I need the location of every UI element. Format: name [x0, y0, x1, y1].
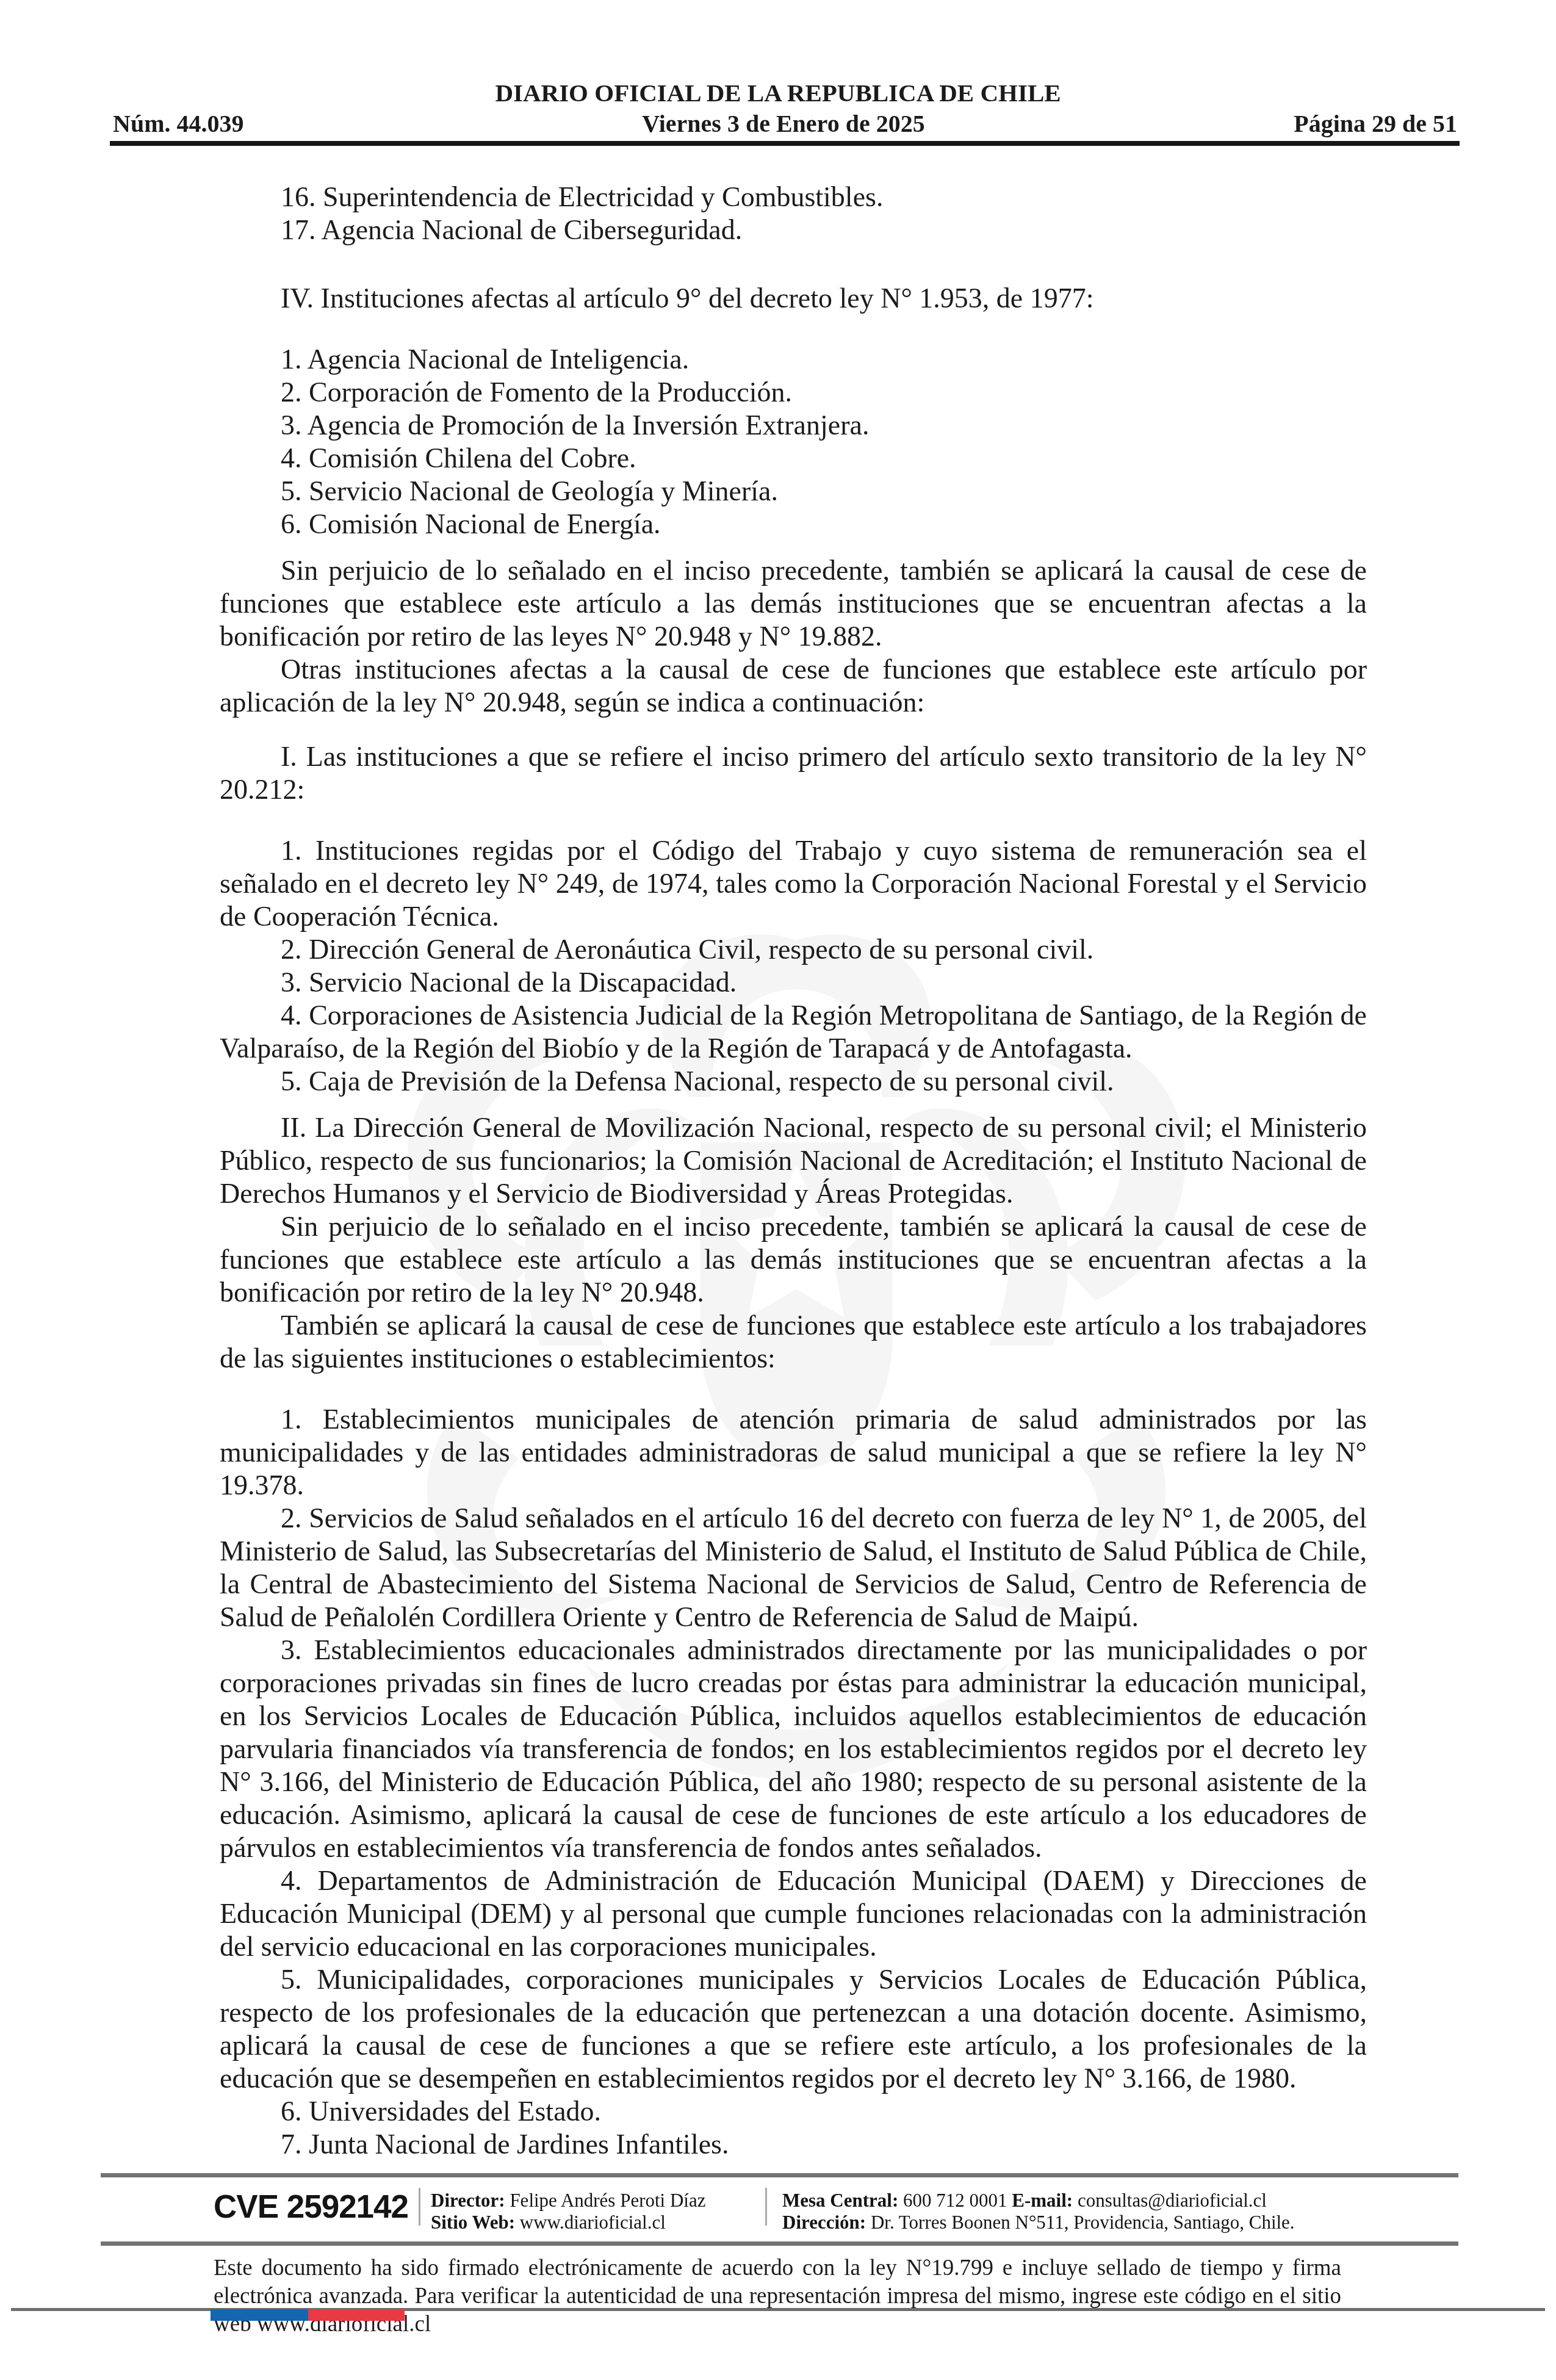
doc-paragraph: 5. Municipalidades, corporaciones munici…	[220, 1963, 1367, 2095]
website-url: www.diarioficial.cl	[520, 2212, 666, 2233]
edition-date: Viernes 3 de Enero de 2025	[110, 109, 1457, 138]
doc-paragraph: 2. Dirección General de Aeronáutica Civi…	[220, 933, 1367, 966]
gazette-page: { "header": { "title": "DIARIO OFICIAL D…	[0, 0, 1556, 2380]
doc-paragraph: 4. Corporaciones de Asistencia Judicial …	[220, 999, 1367, 1065]
director-line: Director: Felipe Andrés Peroti Díaz	[431, 2190, 760, 2212]
footer-divider	[419, 2188, 420, 2226]
address-label: Dirección:	[782, 2212, 866, 2233]
page-title: DIARIO OFICIAL DE LA REPUBLICA DE CHILE	[0, 78, 1556, 107]
doc-paragraph: 5. Caja de Previsión de la Defensa Nacio…	[220, 1065, 1367, 1098]
doc-paragraph: 3. Agencia de Promoción de la Inversión …	[220, 409, 1367, 442]
phone-number: 600 712 0001	[903, 2190, 1007, 2211]
doc-paragraph: 4. Comisión Chilena del Cobre.	[220, 442, 1367, 475]
document-body: 16. Superintendencia de Electricidad y C…	[220, 181, 1367, 2161]
address-text: Dr. Torres Boonen N°511, Providencia, Sa…	[871, 2212, 1295, 2233]
masthead-row: Núm. 44.039 Viernes 3 de Enero de 2025 P…	[110, 109, 1457, 140]
footer-director-block: Director: Felipe Andrés Peroti Díaz Siti…	[431, 2190, 760, 2234]
website-label: Sitio Web:	[431, 2212, 515, 2233]
doc-paragraph: 17. Agencia Nacional de Ciberseguridad.	[220, 214, 1367, 247]
doc-paragraph: Sin perjuicio de lo señalado en el incis…	[220, 1210, 1367, 1309]
footer-top-rule	[101, 2173, 1458, 2177]
flag-red-segment	[308, 2309, 405, 2321]
doc-paragraph: 16. Superintendencia de Electricidad y C…	[220, 181, 1367, 214]
doc-paragraph: También se aplicará la causal de cese de…	[220, 1309, 1367, 1375]
doc-paragraph: 3. Servicio Nacional de la Discapacidad.	[220, 966, 1367, 999]
legal-notice: Este documento ha sido firmado electróni…	[214, 2254, 1341, 2339]
doc-paragraph: 2. Corporación de Fomento de la Producci…	[220, 376, 1367, 409]
director-label: Director:	[431, 2190, 505, 2211]
doc-paragraph: I. Las instituciones a que se refiere el…	[220, 740, 1367, 806]
website-line: Sitio Web: www.diarioficial.cl	[431, 2212, 760, 2234]
doc-paragraph: 3. Establecimientos educacionales admini…	[220, 1634, 1367, 1864]
email-address: consultas@diarioficial.cl	[1078, 2190, 1267, 2211]
doc-paragraph: IV. Instituciones afectas al artículo 9°…	[220, 282, 1367, 315]
phone-email-line: Mesa Central: 600 712 0001 E-mail: consu…	[782, 2190, 1460, 2212]
flag-blue-segment	[211, 2309, 308, 2321]
chile-flag-bar-icon	[211, 2309, 405, 2321]
email-label: E-mail:	[1012, 2190, 1073, 2211]
director-name: Felipe Andrés Peroti Díaz	[510, 2190, 705, 2211]
header-rule	[110, 141, 1460, 146]
doc-paragraph: 6. Comisión Nacional de Energía.	[220, 508, 1367, 541]
address-line: Dirección: Dr. Torres Boonen N°511, Prov…	[782, 2212, 1460, 2234]
doc-paragraph: Sin perjuicio de lo señalado en el incis…	[220, 554, 1367, 653]
cve-code: CVE 2592142	[214, 2188, 408, 2226]
page-indicator: Página 29 de 51	[1294, 109, 1457, 138]
doc-paragraph: Otras instituciones afectas a la causal …	[220, 653, 1367, 719]
phone-label: Mesa Central:	[782, 2190, 898, 2211]
doc-paragraph: 1. Agencia Nacional de Inteligencia.	[220, 343, 1367, 376]
doc-paragraph: 1. Establecimientos municipales de atenc…	[220, 1403, 1367, 1502]
footer-contact-block: Mesa Central: 600 712 0001 E-mail: consu…	[782, 2190, 1460, 2234]
footer-middle-rule	[101, 2241, 1458, 2246]
doc-paragraph: 4. Departamentos de Administración de Ed…	[220, 1864, 1367, 1963]
doc-paragraph: 2. Servicios de Salud señalados en el ar…	[220, 1502, 1367, 1634]
doc-paragraph: 6. Universidades del Estado.	[220, 2095, 1367, 2128]
doc-paragraph: 5. Servicio Nacional de Geología y Miner…	[220, 475, 1367, 508]
footer-divider	[765, 2188, 767, 2226]
doc-paragraph: 7. Junta Nacional de Jardines Infantiles…	[220, 2128, 1367, 2161]
doc-paragraph: 1. Instituciones regidas por el Código d…	[220, 834, 1367, 933]
doc-paragraph: II. La Dirección General de Movilización…	[220, 1111, 1367, 1210]
